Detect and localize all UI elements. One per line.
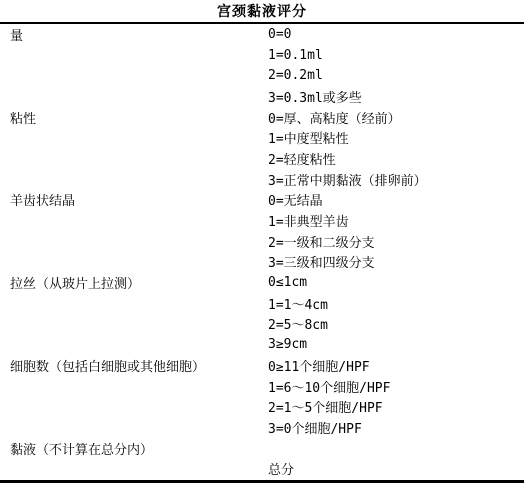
row-score-option: 0≥11个细胞/HPF [268, 356, 524, 375]
row-score-option: 2=0.2ml [268, 68, 524, 83]
table-row: 黏液（不计算在总分内） [0, 438, 524, 459]
row-score-option: 0=无结晶 [268, 190, 524, 209]
table-row: 1=中度型粘性 [0, 127, 524, 148]
row-criterion-label: 粘性 [0, 108, 268, 127]
row-score-option: 3≥9cm [268, 337, 524, 352]
row-criterion-label: 量 [0, 25, 268, 44]
table-row: 2=一级和二级分支 [0, 231, 524, 252]
page-title: 宫颈黏液评分 [0, 0, 524, 22]
table-row: 粘性 0=厚、高粘度（经前） [0, 107, 524, 128]
table-row: 细胞数（包括白细胞或其他细胞） 0≥11个细胞/HPF [0, 355, 524, 376]
row-score-option: 1=0.1ml [268, 48, 524, 63]
row-score-option: 2=5～8cm [268, 314, 524, 333]
row-score-option: 0≤1cm [268, 275, 524, 290]
row-score-option: 3=0.3ml或多些 [268, 87, 524, 106]
table-row: 量 0=0 [0, 24, 524, 45]
table-row: 1=0.1ml [0, 45, 524, 66]
row-score-option: 2=一级和二级分支 [268, 232, 524, 251]
table-row: 2=0.2ml [0, 65, 524, 86]
table-row: 2=轻度粘性 [0, 148, 524, 169]
table-row: 1=非典型羊齿 [0, 210, 524, 231]
row-score-option: 3=0个细胞/HPF [268, 418, 524, 437]
row-score-option: 0=0 [268, 27, 524, 42]
table-row: 1=1～4cm [0, 293, 524, 314]
score-table: 量 0=0 1=0.1ml 2=0.2ml 3=0.3ml或多些 粘性 0=厚、… [0, 24, 524, 479]
table-row: 2=5～8cm [0, 314, 524, 335]
row-score-option: 3=正常中期黏液（排卵前） [268, 170, 524, 189]
row-score-option: 总分 [268, 459, 524, 478]
row-score-option: 1=6～10个细胞/HPF [268, 377, 524, 396]
row-score-option: 1=1～4cm [268, 294, 524, 313]
table-row: 3≥9cm [0, 334, 524, 355]
row-score-option: 1=非典型羊齿 [268, 211, 524, 230]
row-criterion-label: 黏液（不计算在总分内） [0, 439, 268, 458]
table-row: 2=1～5个细胞/HPF [0, 396, 524, 417]
row-score-option: 2=轻度粘性 [268, 149, 524, 168]
table-row: 3=正常中期黏液（排卵前） [0, 169, 524, 190]
table-row: 3=0个细胞/HPF [0, 417, 524, 438]
row-score-option: 1=中度型粘性 [268, 128, 524, 147]
table-row: 3=三级和四级分支 [0, 252, 524, 273]
bottom-rule [0, 480, 524, 483]
row-score-option: 3=三级和四级分支 [268, 252, 524, 271]
document-page: 宫颈黏液评分 量 0=0 1=0.1ml 2=0.2ml 3=0.3ml或多些 … [0, 0, 524, 486]
row-score-option: 2=1～5个细胞/HPF [268, 397, 524, 416]
table-row: 1=6～10个细胞/HPF [0, 376, 524, 397]
table-row: 总分 [0, 458, 524, 479]
table-row: 拉丝（从玻片上拉测） 0≤1cm [0, 272, 524, 293]
table-row: 3=0.3ml或多些 [0, 86, 524, 107]
row-criterion-label: 羊齿状结晶 [0, 190, 268, 209]
row-criterion-label: 细胞数（包括白细胞或其他细胞） [0, 356, 268, 375]
table-row: 羊齿状结晶 0=无结晶 [0, 190, 524, 211]
row-score-option: 0=厚、高粘度（经前） [268, 108, 524, 127]
row-criterion-label: 拉丝（从玻片上拉测） [0, 273, 268, 292]
